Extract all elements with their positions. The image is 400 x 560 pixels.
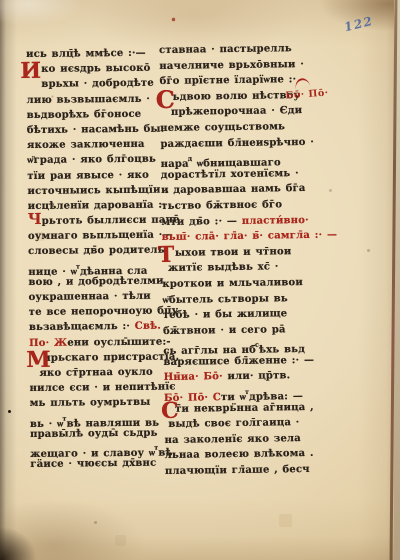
body-text: льнаа волеєю влѣкома . [165,448,314,461]
rubric-text: Свѣ. [135,321,161,332]
body-text: исцѣленїи дарованїа :· [28,199,166,211]
text-line: Мирьскаго пристрастїа, [29,349,159,366]
body-text: выдѣ своє гол̄гаица · [168,417,299,430]
body-text: лию вьзвышаємль · [26,93,150,105]
body-text: бж̄твнои · и сего ра̄ [163,324,286,337]
text-line: правы̄лѣ оуды̄ сьдрь [30,425,160,442]
body-text: источныись кыпѣщїи . [27,184,169,196]
text-line: жещаго · и славоу ѡтвѣ [30,440,160,457]
body-text: словесы дв̄о родитель [28,245,165,257]
text-line: лию вьзвышаємль · [26,91,156,108]
text-line: Ико иєѕдрь высоко̄ [26,61,156,78]
text-line: нилсе єси · и непитѣнїє [29,380,159,397]
manuscript-page-photo: 122 ись влц̄ѣ ммѣсе :·—Ико иєѕдрь высоко… [0,0,400,560]
text-line: ись влц̄ѣ ммѣсе :·— [26,46,156,63]
body-text: ко иєѕдрь высоко̄ [41,63,150,75]
body-text: кроткои и мльчаливои [162,277,303,290]
body-text: дорастѣтїл хотенїємь · [161,168,299,181]
body-text: оумнаго вьпльщенїа ·— [28,230,173,243]
body-text: ени оуслы̄шите:- [67,336,171,348]
margin-rubric: Бо̄· По̄· [284,77,329,102]
body-text: ыхои твои и чт̄нои [175,246,292,259]
body-text: яко ст̄ртнаа оукло [39,367,153,379]
body-text: мт̄и дв̄о :· — [161,215,241,227]
text-line: вою , и добродѣтелми [28,273,158,290]
body-text: якоже заключенна [27,139,145,151]
text-line: вьзавѣщаємль :· Свѣ. [29,319,159,336]
rubric-initial: Ч [28,210,42,228]
paper-specks [0,0,1,1]
body-text: начелниче врьхо̄вныи · [159,59,304,72]
body-text: плачющїи гл̄аше , бесч [165,464,310,477]
body-text: оукрашеннаа · тѣли [29,291,151,303]
rubric-text: вьш̄· сла̄· гл̄а· в̄· самгл̄а :· — [162,230,338,243]
body-text: гӓисе · чюєсы дх̄внс [30,458,156,470]
text-line: яко ст̄ртнаа оукло [29,365,159,382]
body-text: ись влц̄ѣ ммѣсе :·— [26,48,146,60]
body-text: ьдвою волю нѣствоу [173,90,301,103]
margin-dot [8,410,11,413]
text-line: тїи раи явысе · яко [27,167,157,184]
text-line: гӓисе · чюєсы дх̄внс [30,456,160,473]
body-text: вьзавѣщаємль :· [29,321,135,333]
body-text: рьтоть быллиєси паче̄ [42,214,180,226]
body-text: вою , и добродѣтелми [28,275,163,287]
text-line: источныись кыпѣщїи . [27,182,157,199]
text-line: оумнаго вьпльщенїа ·— [28,228,158,245]
text-line: исцѣленїи дарованїа :· [28,198,158,215]
body-text: прѣжепорочнаа · Єди [171,105,302,118]
text-line: мь пльть оумрьтвы [30,395,160,412]
body-text: т̄и некврь̈нна аг̄ница , [175,402,314,415]
body-text: варяєшисе бл̄женне :· — [163,355,314,368]
text-line: оукрашеннаа · тѣли [29,289,159,306]
text-line: словесы дв̄о родитель [28,243,158,260]
body-text: немже соущьствомь [160,121,285,134]
body-text: правы̄лѣ оуды̄ сьдрь [30,427,158,439]
body-text: ставнаа · пастырелль [159,43,292,56]
body-text: ѡ̈града · яко блг̄оцвь [27,154,156,166]
margin-rubric-text: Бо̄· По̄· [285,87,329,101]
body-text: тїи раи явысе · яко [27,169,149,181]
body-text: врьхы · добродѣте [41,78,154,90]
text-line: Чрьтоть быллиєси паче̄ [28,213,158,230]
body-text: бѣтихь · насамѣнь бы. [27,123,165,135]
body-text: тьство бж̄твноє бг̄о [161,199,282,212]
body-text: мь пльть оумрьтвы [30,397,151,409]
text-line: вьдворѣхь бг̄оносе [27,106,157,123]
text-line: плачющїи гл̄аше , бесч [165,462,317,480]
text-line: те все непорочноую бц̄у [29,304,159,321]
folio-number: 122 [343,14,375,35]
body-text: раждаєши бл̄неиѕрѣчно · [160,136,314,149]
body-text: на заколенїє яко зела [164,433,301,446]
body-text: те все непорочноую бц̄у [29,306,179,319]
body-text: нилсе єси · и непитѣнїє [30,382,176,395]
text-line: нице · ѡтдѣанна сла [28,258,158,275]
rubric-text: Нн̄иа· Бо̄· [164,372,223,384]
text-line: ѡ̈града · яко блг̄оцвь [27,152,157,169]
body-text: ѡ̈бытель сьтворы вь [163,293,288,306]
body-text: вьдворѣхь бг̄оносе [27,109,142,121]
text-line: якоже заключенна [27,137,157,154]
rubric-text: пласти́вно· [242,214,309,226]
body-text: или· цр̄тв. [223,371,291,383]
text-line: врьхы · добродѣте [26,76,156,93]
left-text-column: ись влц̄ѣ ммѣсе :·—Ико иєѕдрь высоко̄врь… [26,46,160,473]
right-text-column: ставнаа · пастырелльначелниче врьхо̄вныи… [159,41,317,480]
body-text: и даровавшаа намь бг̄а [161,183,306,196]
body-text: тебѣ · и бы жилище [163,308,288,321]
body-text: бг̄о прїєтне їларїѡне :· [159,74,296,87]
body-text: ирьскаго пристрастїа, [43,351,179,363]
text-line: вь · ѡтвѣ навляши вь [30,410,160,427]
text-line: бѣтихь · насамѣнь бы. [27,122,157,139]
body-text: житїє выдѣвь хс̄ · [168,262,279,275]
